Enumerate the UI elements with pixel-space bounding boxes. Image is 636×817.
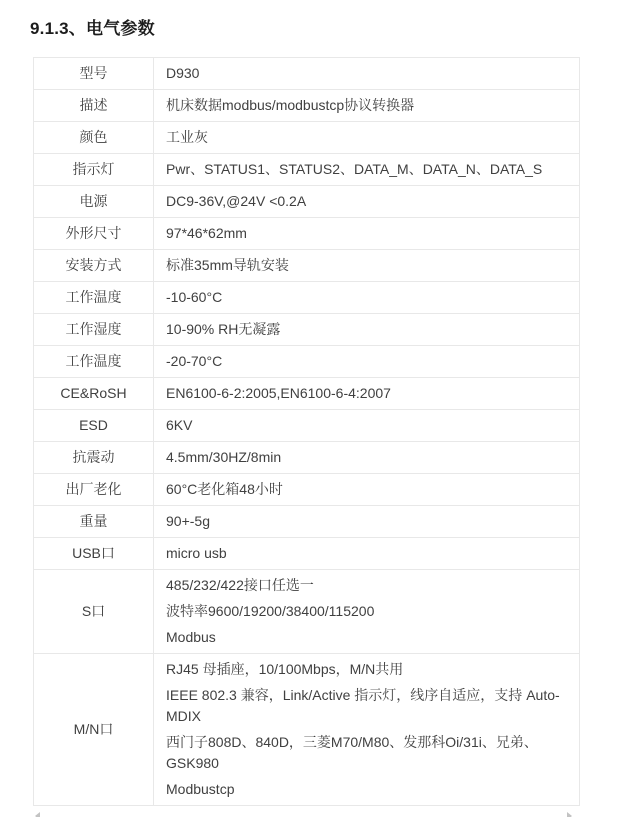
param-label-text: 抗震动 (40, 447, 147, 468)
param-label-text: 型号 (40, 63, 147, 84)
param-label-text: 描述 (40, 95, 147, 116)
param-value: 4.5mm/30HZ/8min (154, 442, 580, 474)
document-page: 9.1.3、电气参数 型号 D930 描述 机床数据modbus/modbust… (0, 0, 636, 817)
param-label-text: M/N口 (40, 719, 147, 740)
param-label: 抗震动 (34, 442, 154, 474)
table-row: ESD 6KV (34, 410, 580, 442)
param-label-text: 工作湿度 (40, 319, 147, 340)
param-label: M/N口 (34, 654, 154, 806)
param-label-text: USB口 (40, 543, 147, 564)
param-value-line: 4.5mm/30HZ/8min (166, 447, 567, 468)
param-label: CE&RoSH (34, 378, 154, 410)
param-label: 描述 (34, 90, 154, 122)
param-value-line: 6KV (166, 415, 567, 436)
table-row: 指示灯 Pwr、STATUS1、STATUS2、DATA_M、DATA_N、DA… (34, 154, 580, 186)
param-label: 工作温度 (34, 346, 154, 378)
param-label-text: ESD (40, 415, 147, 436)
param-value: micro usb (154, 538, 580, 570)
param-value-line: -20-70°C (166, 351, 567, 372)
param-label-text: CE&RoSH (40, 383, 147, 404)
param-label-text: 颜色 (40, 127, 147, 148)
param-value-line: Modbustcp (166, 779, 567, 800)
table-row: 工作温度 -20-70°C (34, 346, 580, 378)
param-value: DC9-36V,@24V <0.2A (154, 186, 580, 218)
scroll-right-arrow-icon[interactable] (567, 812, 572, 817)
table-row: 颜色 工业灰 (34, 122, 580, 154)
horizontal-scrollbar[interactable] (33, 808, 580, 817)
param-value: -10-60°C (154, 282, 580, 314)
table-row: USB口 micro usb (34, 538, 580, 570)
param-label: ESD (34, 410, 154, 442)
spec-table-body: 型号 D930 描述 机床数据modbus/modbustcp协议转换器 颜色 … (34, 58, 580, 806)
param-value-line: Pwr、STATUS1、STATUS2、DATA_M、DATA_N、DATA_S (166, 159, 567, 180)
table-row: M/N口 RJ45 母插座，10/100Mbps，M/N共用IEEE 802.3… (34, 654, 580, 806)
param-value-line: micro usb (166, 543, 567, 564)
param-value: EN6100-6-2:2005,EN6100-6-4:2007 (154, 378, 580, 410)
param-label: USB口 (34, 538, 154, 570)
param-label-text: 重量 (40, 511, 147, 532)
param-label: 颜色 (34, 122, 154, 154)
param-value-line: 90+-5g (166, 511, 567, 532)
table-row: 重量 90+-5g (34, 506, 580, 538)
table-row: 工作湿度 10-90% RH无凝露 (34, 314, 580, 346)
param-label-text: 电源 (40, 191, 147, 212)
param-value: 10-90% RH无凝露 (154, 314, 580, 346)
param-label: 安装方式 (34, 250, 154, 282)
param-value-line: IEEE 802.3 兼容，Link/Active 指示灯，线序自适应，支持 A… (166, 685, 567, 727)
param-value: 97*46*62mm (154, 218, 580, 250)
param-value-line: DC9-36V,@24V <0.2A (166, 191, 567, 212)
param-label: 指示灯 (34, 154, 154, 186)
param-value-line: 机床数据modbus/modbustcp协议转换器 (166, 95, 567, 116)
page-title: 9.1.3、电气参数 (30, 14, 636, 39)
param-value: 标准35mm导轨安装 (154, 250, 580, 282)
param-label-text: 出厂老化 (40, 479, 147, 500)
param-label: 重量 (34, 506, 154, 538)
param-value: D930 (154, 58, 580, 90)
param-value-line: D930 (166, 63, 567, 84)
param-value: 90+-5g (154, 506, 580, 538)
param-label: 外形尺寸 (34, 218, 154, 250)
param-label: 电源 (34, 186, 154, 218)
param-label-text: 工作温度 (40, 351, 147, 372)
param-value-line: 波特率9600/19200/38400/115200 (166, 601, 567, 622)
param-value: Pwr、STATUS1、STATUS2、DATA_M、DATA_N、DATA_S (154, 154, 580, 186)
param-value: RJ45 母插座，10/100Mbps，M/N共用IEEE 802.3 兼容，L… (154, 654, 580, 806)
param-value: 6KV (154, 410, 580, 442)
param-value-line: 标准35mm导轨安装 (166, 255, 567, 276)
param-label: S口 (34, 570, 154, 654)
param-value-line: Modbus (166, 627, 567, 648)
param-value: -20-70°C (154, 346, 580, 378)
param-label: 型号 (34, 58, 154, 90)
table-row: 抗震动 4.5mm/30HZ/8min (34, 442, 580, 474)
param-value: 工业灰 (154, 122, 580, 154)
table-row: 电源 DC9-36V,@24V <0.2A (34, 186, 580, 218)
param-value: 485/232/422接口任选一波特率9600/19200/38400/1152… (154, 570, 580, 654)
param-value-line: 485/232/422接口任选一 (166, 575, 567, 596)
table-row: S口 485/232/422接口任选一波特率9600/19200/38400/1… (34, 570, 580, 654)
table-row: 出厂老化 60°C老化箱48小时 (34, 474, 580, 506)
spec-table-container: 型号 D930 描述 机床数据modbus/modbustcp协议转换器 颜色 … (33, 57, 580, 817)
param-label-text: 安装方式 (40, 255, 147, 276)
scroll-left-arrow-icon[interactable] (35, 812, 40, 817)
param-value-line: 60°C老化箱48小时 (166, 479, 567, 500)
table-row: 工作温度 -10-60°C (34, 282, 580, 314)
table-row: 安装方式 标准35mm导轨安装 (34, 250, 580, 282)
param-value-line: -10-60°C (166, 287, 567, 308)
param-value-line: EN6100-6-2:2005,EN6100-6-4:2007 (166, 383, 567, 404)
param-label: 出厂老化 (34, 474, 154, 506)
table-row: 外形尺寸 97*46*62mm (34, 218, 580, 250)
param-value-line: 西门子808D、840D，三菱M70/M80、发那科Oi/31i、兄弟、GSK9… (166, 732, 567, 774)
param-value-line: 97*46*62mm (166, 223, 567, 244)
param-value-line: RJ45 母插座，10/100Mbps，M/N共用 (166, 659, 567, 680)
param-value: 机床数据modbus/modbustcp协议转换器 (154, 90, 580, 122)
param-label-text: 工作温度 (40, 287, 147, 308)
param-value-line: 10-90% RH无凝露 (166, 319, 567, 340)
param-label-text: 指示灯 (40, 159, 147, 180)
param-value: 60°C老化箱48小时 (154, 474, 580, 506)
param-value-line: 工业灰 (166, 127, 567, 148)
param-label: 工作湿度 (34, 314, 154, 346)
table-row: CE&RoSH EN6100-6-2:2005,EN6100-6-4:2007 (34, 378, 580, 410)
spec-table: 型号 D930 描述 机床数据modbus/modbustcp协议转换器 颜色 … (33, 57, 580, 806)
table-row: 描述 机床数据modbus/modbustcp协议转换器 (34, 90, 580, 122)
table-row: 型号 D930 (34, 58, 580, 90)
param-label: 工作温度 (34, 282, 154, 314)
param-label-text: S口 (40, 601, 147, 622)
param-label-text: 外形尺寸 (40, 223, 147, 244)
